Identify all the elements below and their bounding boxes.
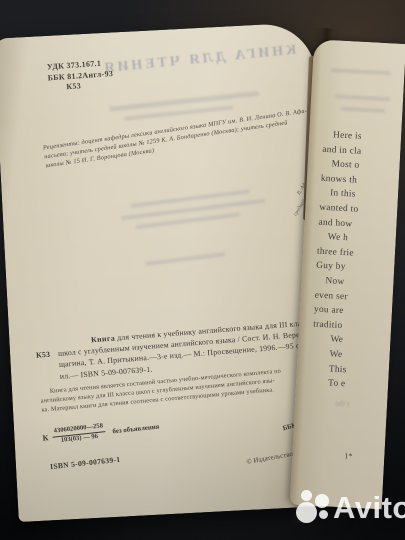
text-line: Guy by — [316, 259, 356, 276]
show-through-smudge — [145, 252, 225, 266]
show-through-smudge — [330, 68, 390, 75]
author-sign: К53 — [66, 79, 114, 93]
show-through-fragment: r the — [335, 399, 350, 409]
code-note: без объявления — [112, 424, 159, 436]
show-through-smudge — [335, 94, 390, 101]
text-line: and in cla — [322, 142, 362, 159]
text-line: you are — [314, 303, 354, 320]
avito-logo-icon — [294, 487, 332, 529]
verse-line: To e — [310, 376, 350, 393]
show-through-title: КНИГА ДЛЯ ЧТЕНИЯ — [91, 42, 308, 79]
avito-watermark: Avito — [294, 487, 405, 529]
text-line: wanted to — [319, 201, 359, 218]
show-through-smudge — [340, 107, 385, 113]
code-fraction: 4306020000—258 103(03) — 96 — [51, 422, 106, 445]
right-page-text: Here is and in cla Most o knows th In th… — [310, 128, 363, 392]
print-order-code: К 4306020000—258 103(03) — 96 без объявл… — [42, 417, 160, 447]
text-line: knows th — [320, 172, 360, 189]
text-line: and how — [318, 215, 358, 232]
isbn: ISBN 5-09-007639-1 — [50, 455, 121, 471]
show-through-smudge — [109, 91, 259, 112]
book-photo: УДК 373.167.1 ББК 81.2Англ-93 К53 КНИГА … — [0, 0, 405, 540]
signature-mark: 1* — [344, 451, 352, 460]
text-line: traditio — [313, 317, 353, 334]
catalog-author-sign: К53 — [36, 349, 51, 361]
reviewers-note: Рецензенты: доцент кафедры лексики англи… — [42, 108, 301, 171]
code-prefix: К — [42, 433, 49, 443]
avito-wordmark: Avito — [333, 490, 405, 526]
left-page: УДК 373.167.1 ББК 81.2Англ-93 К53 КНИГА … — [0, 22, 338, 522]
